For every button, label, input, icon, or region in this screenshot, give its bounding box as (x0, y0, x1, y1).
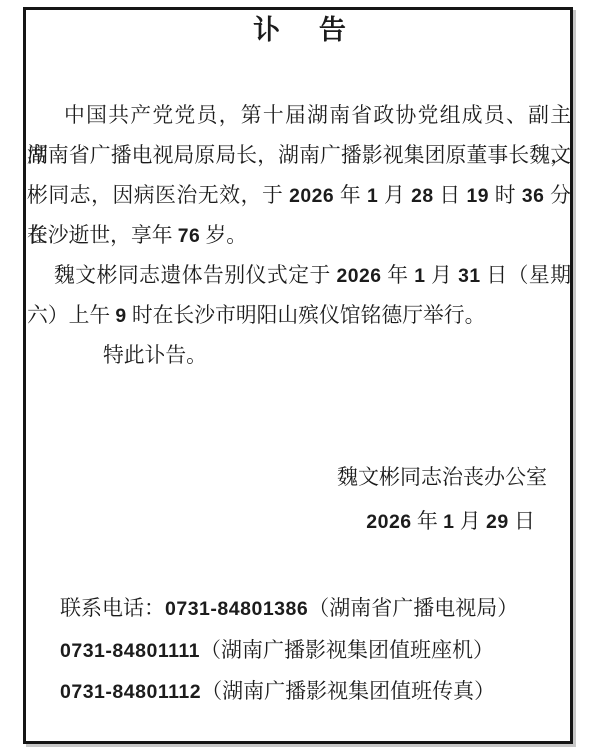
signature-office: 魏文彬同志治丧办公室 (0, 464, 600, 490)
contact-phone-3: 0731-84801112（湖南广播影视集团值班传真） (60, 671, 560, 713)
contact-phone-1: 联系电话：0731-84801386（湖南省广播电视局） (60, 588, 560, 630)
notice-body: 中国共产党党员，第十届湖南省政协党组成员、副主席， 湖南省广播电视局原局长，湖南… (27, 96, 571, 376)
paragraph1-line3: 彬同志，因病医治无效，于 2026 年 1 月 28 日 19 时 36 分在 (27, 176, 571, 216)
notice-title: 讣 告 (0, 13, 600, 47)
closing-statement: 特此讣告。 (27, 336, 571, 376)
signature-date: 2026 年 1 月 29 日 (0, 508, 600, 535)
paragraph2-line2: 六）上午 9 时在长沙市明阳山殡仪馆铭德厅举行。 (27, 296, 571, 336)
paragraph2-line1: 魏文彬同志遗体告别仪式定于 2026 年 1 月 31 日（星期 (27, 256, 571, 296)
contact-phone-2: 0731-84801111（湖南广播影视集团值班座机） (60, 630, 560, 672)
contact-block: 联系电话：0731-84801386（湖南省广播电视局） 0731-848011… (60, 588, 560, 713)
paragraph1-line4: 长沙逝世，享年 76 岁。 (27, 216, 571, 256)
obituary-notice-page: 讣 告 中国共产党党员，第十届湖南省政协党组成员、副主席， 湖南省广播电视局原局… (0, 0, 600, 756)
paragraph1-line2: 湖南省广播电视局原局长，湖南广播影视集团原董事长魏文 (27, 136, 571, 176)
paragraph1-line1: 中国共产党党员，第十届湖南省政协党组成员、副主席， (27, 96, 571, 136)
